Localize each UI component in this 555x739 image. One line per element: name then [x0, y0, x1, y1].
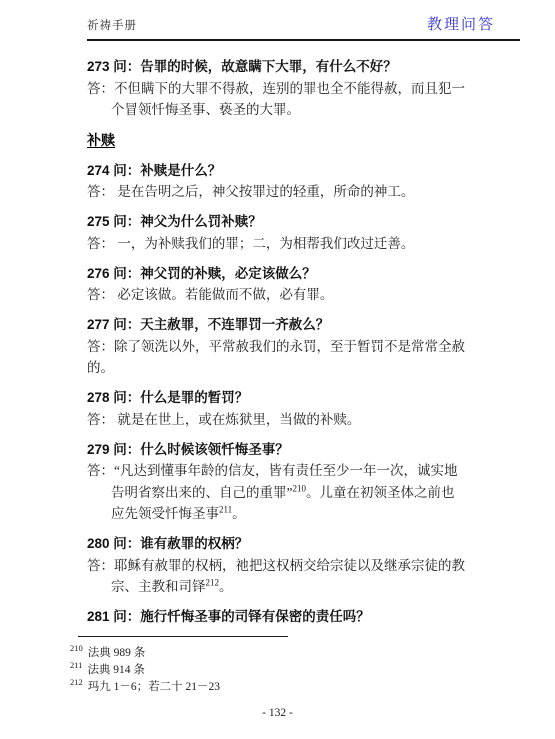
header-right-title: 教理问答	[427, 16, 495, 34]
answer-text: 答：耶稣有赦罪的权柄，祂把这权柄交给宗徒以及继承宗徒的教	[87, 558, 465, 573]
qa-block-279: 279 问：什么时候该领忏悔圣事？答：“凡达到懂事年龄的信友，皆有责任至少一年一…	[87, 439, 525, 525]
qa-block-281: 281 问：施行忏悔圣事的司铎有保密的责任吗？	[87, 606, 525, 628]
footnote-item: 210法典 989 条	[70, 645, 555, 662]
answer-line: 答： 就是在世上，或在炼狱里，当做的补赎。	[87, 409, 525, 431]
footnote-item: 211法典 914 条	[70, 662, 555, 679]
qa-block-276: 276 问：神父罚的补赎，必定该做么？答： 必定该做。若能做而不做，必有罪。	[87, 263, 525, 306]
page-number: - 132 -	[0, 707, 555, 719]
answer-text: 。	[232, 506, 246, 521]
answer-line: 答： 一，为补赎我们的罪；二，为相帮我们改过迁善。	[87, 233, 525, 255]
answer-line: 应先领受忏悔圣事211。	[87, 503, 525, 525]
section-heading: 补赎	[87, 130, 525, 152]
question-line: 280 问：谁有赦罪的权柄？	[87, 533, 525, 555]
header-left-title: 祈祷手册	[87, 17, 137, 35]
answer-line: 答：不但瞒下的大罪不得赦，连别的罪也全不能得赦，而且犯一	[87, 78, 525, 100]
answer-text: 。儿童在初领圣体之前也	[306, 485, 455, 500]
answer-text: 答： 一，为补赎我们的罪；二，为相帮我们改过迁善。	[87, 236, 414, 251]
qa-block-277: 277 问：天主赦罪，不连罪罚一齐赦么？答：除了领洗以外，平常赦我们的永罚，至于…	[87, 314, 525, 379]
answer-text: 告明省察出来的、自己的重罪”	[111, 485, 293, 500]
answer-text: 答：“凡达到懂事年龄的信友，皆有责任至少一年一次，诚实地	[87, 463, 458, 478]
footnote-text: 法典 914 条	[87, 664, 145, 676]
footnote-text: 法典 989 条	[88, 647, 146, 659]
footnote-ref: 212	[206, 578, 220, 588]
answer-text: 应先领受忏悔圣事	[111, 506, 219, 521]
answer-line: 答： 是在告明之后，神父按罪过的轻重，所命的神工。	[87, 181, 525, 203]
qa-block-280: 280 问：谁有赦罪的权柄？答：耶稣有赦罪的权柄，祂把这权柄交给宗徒以及继承宗徒…	[87, 533, 525, 598]
footnote-list: 210法典 989 条211法典 914 条212玛九 1－6；若二十 21－2…	[70, 645, 555, 696]
answer-text: 答： 是在告明之后，神父按罪过的轻重，所命的神工。	[87, 184, 414, 199]
footnote-separator	[78, 636, 288, 638]
qa-block-275: 275 问：神父为什么罚补赎？答： 一，为补赎我们的罪；二，为相帮我们改过迁善。	[87, 211, 525, 254]
answer-text: 答：除了领洗以外，平常赦我们的永罚，至于暂罚不是常常全赦	[87, 339, 465, 354]
qa-block-278: 278 问：什么是罪的暂罚？答： 就是在世上，或在炼狱里，当做的补赎。	[87, 387, 525, 430]
qa-block-273: 273 问：告罪的时候，故意瞒下大罪，有什么不好？答：不但瞒下的大罪不得赦，连别…	[87, 56, 525, 121]
qa-block-274: 274 问：补赎是什么？答： 是在告明之后，神父按罪过的轻重，所命的神工。	[87, 160, 525, 203]
question-line: 276 问：神父罚的补赎，必定该做么？	[87, 263, 525, 285]
answer-line: 的。	[87, 357, 525, 379]
answer-text: 个冒领忏悔圣事、亵圣的大罪。	[111, 102, 300, 117]
document-page: 祈祷手册 教理问答 273 问：告罪的时候，故意瞒下大罪，有什么不好？答：不但瞒…	[0, 0, 555, 739]
answer-text: 答： 必定该做。若能做而不做，必有罪。	[87, 287, 333, 302]
qa-list: 273 问：告罪的时候，故意瞒下大罪，有什么不好？答：不但瞒下的大罪不得赦，连别…	[0, 41, 555, 628]
answer-text: 答：不但瞒下的大罪不得赦，连别的罪也全不能得赦，而且犯一	[87, 81, 465, 96]
footnote-ref: 210	[293, 483, 307, 493]
footnote-marker: 210	[70, 643, 83, 653]
footnote-marker: 211	[70, 660, 82, 670]
answer-line: 宗、主教和司铎212。	[87, 576, 525, 598]
question-line: 274 问：补赎是什么？	[87, 160, 525, 182]
footnote-marker: 212	[70, 677, 83, 687]
page-header: 祈祷手册 教理问答	[87, 16, 520, 41]
question-line: 279 问：什么时候该领忏悔圣事？	[87, 439, 525, 461]
answer-line: 个冒领忏悔圣事、亵圣的大罪。	[87, 99, 525, 121]
answer-text: 。	[219, 579, 233, 594]
answer-text: 答： 就是在世上，或在炼狱里，当做的补赎。	[87, 412, 360, 427]
question-line: 281 问：施行忏悔圣事的司铎有保密的责任吗？	[87, 606, 525, 628]
question-line: 275 问：神父为什么罚补赎？	[87, 211, 525, 233]
question-line: 277 问：天主赦罪，不连罪罚一齐赦么？	[87, 314, 525, 336]
answer-line: 答： 必定该做。若能做而不做，必有罪。	[87, 284, 525, 306]
answer-line: 答：耶稣有赦罪的权柄，祂把这权柄交给宗徒以及继承宗徒的教	[87, 555, 525, 577]
answer-text: 的。	[87, 360, 114, 375]
footnote-text: 玛九 1－6；若二十 21－23	[88, 681, 220, 693]
answer-text: 宗、主教和司铎	[111, 579, 206, 594]
question-line: 273 问：告罪的时候，故意瞒下大罪，有什么不好？	[87, 56, 525, 78]
footnote-item: 212玛九 1－6；若二十 21－23	[70, 679, 555, 696]
answer-line: 答：除了领洗以外，平常赦我们的永罚，至于暂罚不是常常全赦	[87, 336, 525, 358]
question-line: 278 问：什么是罪的暂罚？	[87, 387, 525, 409]
answer-line: 答：“凡达到懂事年龄的信友，皆有责任至少一年一次，诚实地	[87, 460, 525, 482]
footnote-ref: 211	[219, 505, 232, 515]
answer-line: 告明省察出来的、自己的重罪”210。儿童在初领圣体之前也	[87, 482, 525, 504]
